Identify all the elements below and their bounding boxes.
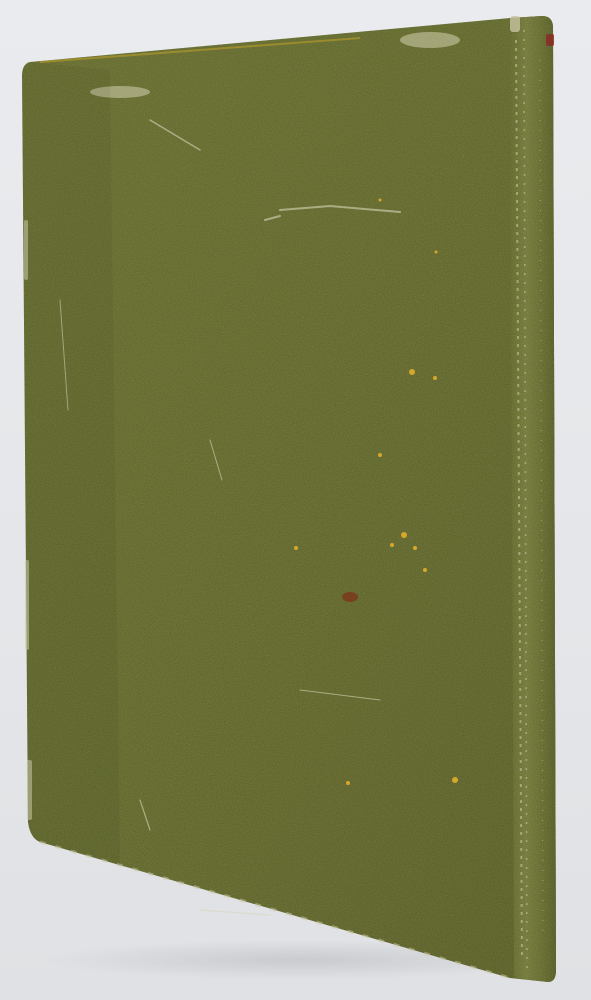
book-back-cover [0,0,591,1000]
photo-scene [0,0,591,1000]
